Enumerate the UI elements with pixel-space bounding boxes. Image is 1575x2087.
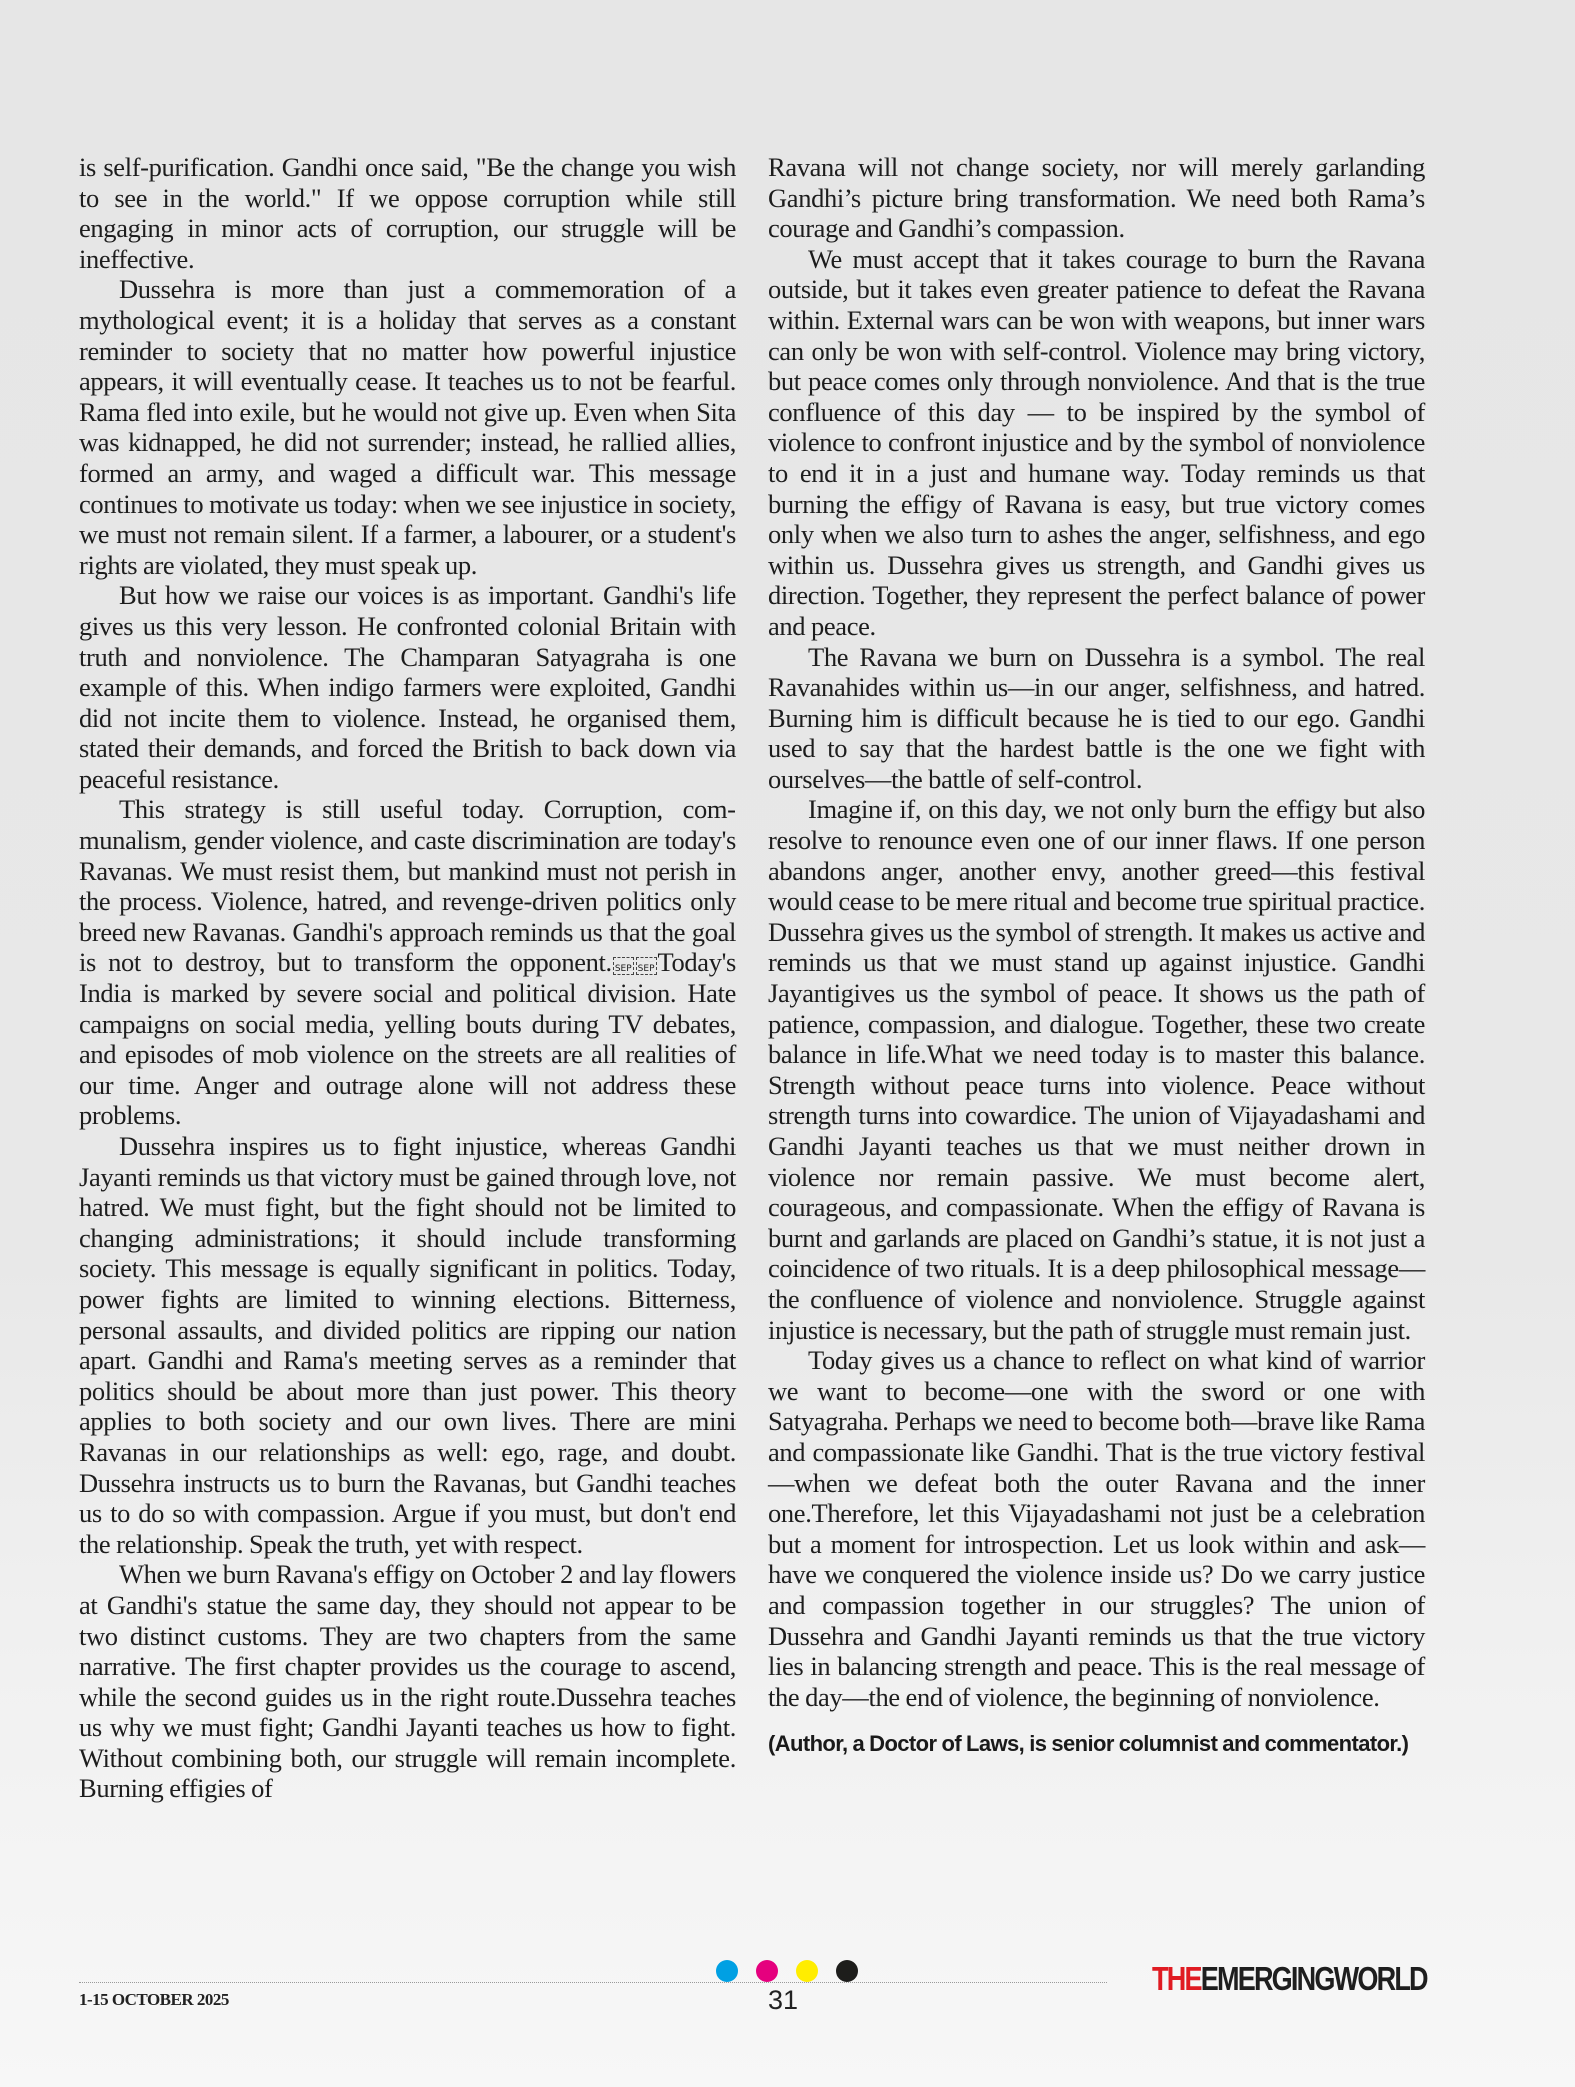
masthead-title: EMERGINGWORLD bbox=[1201, 1960, 1427, 1997]
masthead-logo: THEEMERGINGWORLD bbox=[1152, 1960, 1427, 1998]
separator-mark: SEP bbox=[613, 957, 634, 975]
yellow-dot-icon bbox=[796, 1960, 818, 1982]
cyan-dot-icon bbox=[716, 1960, 738, 1982]
paragraph: The Ravana we burn on Dussehra is a symb… bbox=[768, 642, 1425, 795]
paragraph: Dussehra inspires us to fight injustice,… bbox=[79, 1131, 736, 1559]
paragraph: Today gives us a chance to reflect on wh… bbox=[768, 1345, 1425, 1712]
issue-date: 1-15 OCTOBER 2025 bbox=[79, 1990, 229, 2010]
black-dot-icon bbox=[836, 1960, 858, 1982]
paragraph-text: This strategy is still useful today. Cor… bbox=[79, 794, 736, 977]
masthead-the: THE bbox=[1152, 1960, 1201, 1997]
paragraph: When we burn Ravana's effigy on October … bbox=[79, 1559, 736, 1804]
paragraph: Ravana will not change society, nor will… bbox=[768, 152, 1425, 244]
paragraph: is self-purification. Gandhi once said, … bbox=[79, 152, 736, 274]
article-left-column: is self-purification. Gandhi once said, … bbox=[79, 152, 736, 1804]
paragraph: This strategy is still useful today. Cor… bbox=[79, 794, 736, 1131]
article-right-column: Ravana will not change society, nor will… bbox=[768, 152, 1425, 1757]
paragraph: Imagine if, on this day, we not only bur… bbox=[768, 794, 1425, 1345]
paragraph: But how we raise our voices is as import… bbox=[79, 580, 736, 794]
magenta-dot-icon bbox=[756, 1960, 778, 1982]
separator-mark: SEP bbox=[636, 957, 657, 975]
paragraph: Dussehra is more than just a commemorati… bbox=[79, 274, 736, 580]
footer-divider bbox=[79, 1982, 1107, 1983]
registration-marks bbox=[716, 1960, 858, 1982]
author-byline: (Author, a Doctor of Laws, is senior col… bbox=[768, 1730, 1425, 1757]
paragraph: We must accept that it takes courage to … bbox=[768, 244, 1425, 642]
page-number: 31 bbox=[768, 1985, 798, 2016]
